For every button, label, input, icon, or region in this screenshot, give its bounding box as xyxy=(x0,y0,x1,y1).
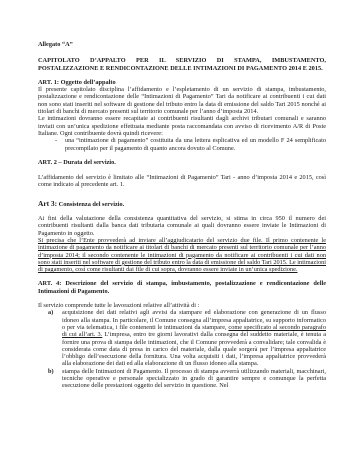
art4-intro: Il servizio comprende tutte le lavorazio… xyxy=(38,302,326,309)
art3-heading-text: Consistenza del servizio. xyxy=(57,201,124,208)
art1-paragraph-1: Il presente capitolato disciplina l’affi… xyxy=(38,86,326,115)
art2-paragraph-1: L’affidamento del servizio è limitato al… xyxy=(38,174,326,189)
art1-bullet-item: -una “intimazione di pagamento” costitui… xyxy=(38,137,326,152)
art4-item-b: b)stampa delle Intimazioni di Pagamento.… xyxy=(38,368,326,390)
allegato-label: Allegato “A” xyxy=(38,41,326,48)
document-page: Allegato “A” CAPITOLATO D’APPALTO PER IL… xyxy=(0,0,360,466)
art2-heading: ART. 2 – Durata del servizio. xyxy=(38,159,326,166)
article-1: ART. 1: Oggetto dell’appalto Il presente… xyxy=(38,79,326,152)
art4-item-a-label: a) xyxy=(48,309,53,316)
art3-heading: Art 3: Consistenza del servizio. xyxy=(38,200,326,208)
article-3: Art 3: Consistenza del servizio. Ai fini… xyxy=(38,200,326,274)
art1-paragraph-2: Le intimazioni dovranno essere recapitat… xyxy=(38,115,326,137)
art3-underlined-passage: Si precisa che l’Ente provvederà ad invi… xyxy=(38,237,326,273)
art3-paragraph-1: Ai fini della valutazione della consiste… xyxy=(38,215,326,237)
art4-item-b-text: stampa delle Intimazioni di Pagamento. I… xyxy=(62,368,326,390)
art3-paragraph-2: Si precisa che l’Ente provvederà ad invi… xyxy=(38,237,326,273)
article-2: ART. 2 – Durata del servizio. L’affidame… xyxy=(38,159,326,189)
art3-heading-number: Art 3: xyxy=(38,199,57,208)
art4-item-a-text-after: L’impresa, entro tre giorni lavorativi d… xyxy=(62,331,326,367)
article-4: ART. 4: Descrizione del servizio di stam… xyxy=(38,280,326,389)
bullet-dash: - xyxy=(55,137,57,144)
document-title: CAPITOLATO D’APPALTO PER IL SERVIZIO DI … xyxy=(38,57,326,72)
art4-heading: ART. 4: Descrizione del servizio di stam… xyxy=(38,280,326,295)
art4-item-a: a)acquisizione dei dati relativi agli av… xyxy=(38,309,326,367)
art4-item-b-label: b) xyxy=(48,368,54,375)
art1-bullet-text: una “intimazione di pagamento” costituit… xyxy=(65,137,326,151)
art1-heading: ART. 1: Oggetto dell’appalto xyxy=(38,79,326,86)
